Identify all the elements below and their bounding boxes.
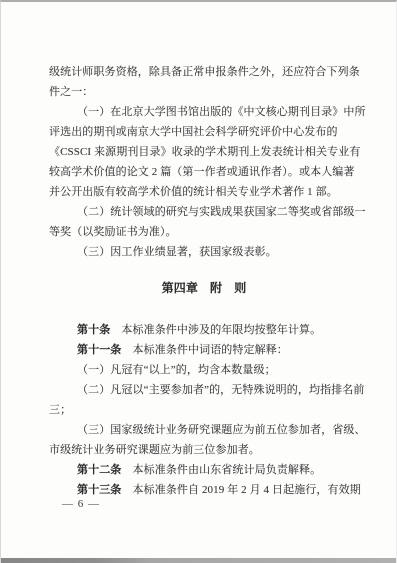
- page-number: — 6 —: [62, 498, 100, 510]
- article-text: 本标准条件中涉及的年限均按整年计算。: [110, 324, 321, 336]
- article-number: 第十二条: [77, 464, 121, 476]
- text-line: 件之一：: [49, 82, 359, 102]
- text-line: 三；: [49, 400, 359, 420]
- article-number: 第十条: [77, 324, 110, 336]
- text-line: 并公开出版有较高学术价值的统计相关专业学术著作 1 部。: [49, 182, 359, 202]
- text-line: 较高学术价值的论文 2 篇（第一作者或通讯作者）。或本人编著: [49, 162, 359, 182]
- text-line: （一）凡冠有“以上”的，均含本数量级；: [49, 360, 359, 380]
- article-text: 本标准条件自 2019 年 2 月 4 日起施行，有效期: [121, 484, 360, 496]
- page-bottom-edge: [1, 558, 396, 563]
- text-line: 市级统计业务研究课题应为前三位参加者。: [49, 440, 359, 460]
- text-line: 等奖（以奖励证书为准）。: [49, 222, 359, 242]
- scanned-document-page: 级统计师职务资格，除具备正常申报条件之外，还应符合下列条 件之一： （一）在北京…: [0, 0, 397, 563]
- text-line: 第十条 本标准条件中涉及的年限均按整年计算。: [49, 320, 359, 340]
- text-line: （二）凡冠以“主要参加者”的，无特殊说明的，均指排名前: [49, 380, 359, 400]
- text-line: 第十三条 本标准条件自 2019 年 2 月 4 日起施行，有效期: [49, 480, 359, 500]
- article-text: 本标准条件中词语的特定解释：: [121, 344, 288, 356]
- text-line: （三）因工作业绩显著，获国家级表彰。: [49, 242, 359, 262]
- text-line: 级统计师职务资格，除具备正常申报条件之外，还应符合下列条: [49, 62, 359, 82]
- text-line: （一）在北京大学图书馆出版的《中文核心期刊目录》中所: [49, 102, 359, 122]
- text-line: 第十一条 本标准条件中词语的特定解释：: [49, 340, 359, 360]
- text-line: 第十二条 本标准条件由山东省统计局负责解释。: [49, 460, 359, 480]
- text-line: （二）统计领域的研究与实践成果获国家二等奖或省部级一: [49, 202, 359, 222]
- document-body: 级统计师职务资格，除具备正常申报条件之外，还应符合下列条 件之一： （一）在北京…: [49, 62, 359, 500]
- article-number: 第十三条: [77, 484, 121, 496]
- article-number: 第十一条: [77, 344, 121, 356]
- text-line: 《CSSCI 来源期刊目录》收录的学术期刊上发表统计相关专业有: [49, 142, 359, 162]
- text-line: （三）国家级统计业务研究课题应为前五位参加者，省级、: [49, 420, 359, 440]
- text-line: 评选出的期刊或南京大学中国社会科学研究评价中心发布的: [49, 122, 359, 142]
- article-text: 本标准条件由山东省统计局负责解释。: [121, 464, 321, 476]
- chapter-heading: 第四章 附 则: [49, 278, 359, 298]
